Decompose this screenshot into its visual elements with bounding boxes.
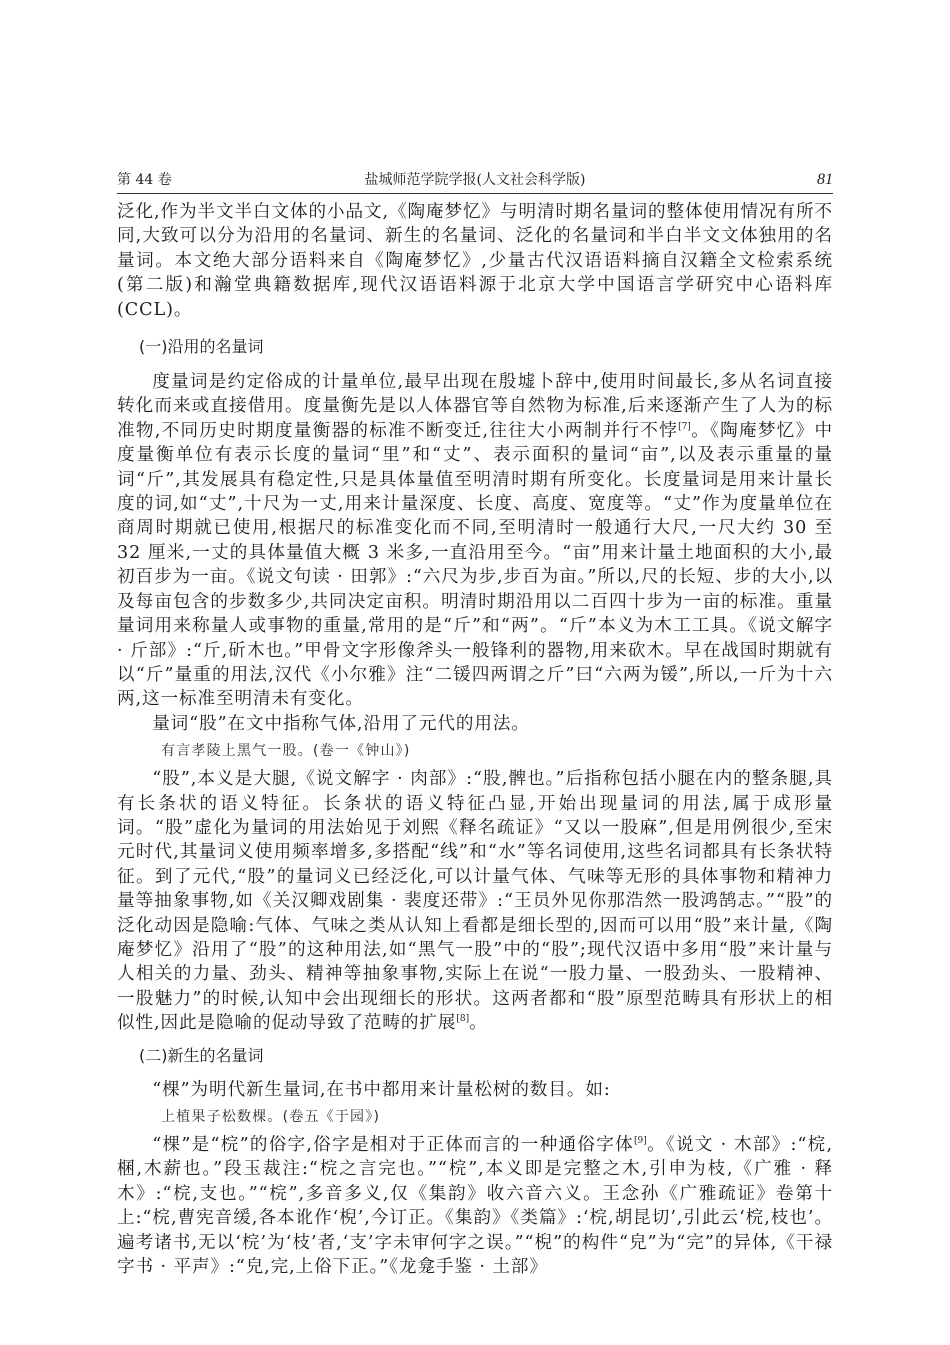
example-sentence: 上植果子松数棵。(卷五《于园》)	[117, 1106, 833, 1128]
intro-paragraph: 泛化,作为半文半白文体的小品文,《陶庵梦忆》与明清时期名量词的整体使用情况有所不…	[117, 200, 833, 322]
paragraph-text: 。	[469, 1013, 488, 1033]
paragraph-text: “股”,本义是大腿,《说文解字 · 肉部》:“股,髀也。”后指称包括小腿在内的整…	[117, 769, 833, 1033]
paragraph-gu-intro: 量词“股”在文中指称气体,沿用了元代的用法。	[117, 712, 833, 736]
paragraph-text: 。《陶庵梦忆》中度量衡单位有表示长度的量词“里”和“丈”、表示面积的量词“亩”,…	[117, 421, 833, 709]
paragraph-measure-words: 度量词是约定俗成的计量单位,最早出现在殷墟卜辞中,使用时间最长,多从名词直接转化…	[117, 370, 833, 712]
article-body: 泛化,作为半文半白文体的小品文,《陶庵梦忆》与明清时期名量词的整体使用情况有所不…	[117, 200, 833, 1279]
paragraph-text: 。《说文 · 木部》:“梡,棞,木薪也。”段玉裁注:“梡之言完也。”“梡”,本义…	[117, 1135, 833, 1277]
example-sentence: 有言孝陵上黑气一股。(卷一《钟山》)	[117, 740, 833, 762]
page-number: 81	[817, 170, 833, 190]
paragraph-gu-analysis: “股”,本义是大腿,《说文解字 · 肉部》:“股,髀也。”后指称包括小腿在内的整…	[117, 767, 833, 1035]
running-header: 第 44 卷 盐城师范学院学报(人文社会科学版) 81	[117, 170, 833, 192]
header-rule	[117, 193, 833, 194]
citation-ref: [7]	[678, 422, 691, 432]
section-heading-inherited: (一)沿用的名量词	[117, 335, 833, 359]
section-heading-new: (二)新生的名量词	[117, 1044, 833, 1068]
citation-ref: [9]	[634, 1136, 647, 1146]
paragraph-text: “棵”是“梡”的俗字,俗字是相对于正体而言的一种通俗字体	[152, 1135, 634, 1155]
citation-ref: [8]	[456, 1014, 469, 1024]
paragraph-ke-analysis: “棵”是“梡”的俗字,俗字是相对于正体而言的一种通俗字体[9]。《说文 · 木部…	[117, 1133, 833, 1279]
journal-title: 盐城师范学院学报(人文社会科学版)	[117, 170, 833, 190]
paragraph-ke-intro: “棵”为明代新生量词,在书中都用来计量松树的数目。如:	[117, 1078, 833, 1102]
